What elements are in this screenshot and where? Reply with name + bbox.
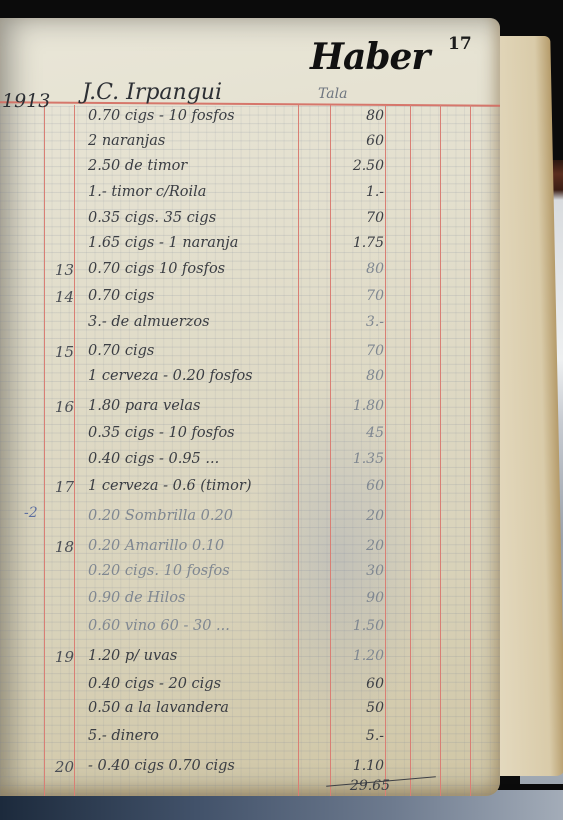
entry-amount: 3.- <box>340 314 384 330</box>
entry-amount: 1.10 <box>340 758 384 774</box>
ledger-row: 0.20 cigs. 10 fosfos30 <box>0 563 500 591</box>
entry-amount: 50 <box>340 700 384 716</box>
entry-day: 18 <box>44 538 74 556</box>
ledger-page: Haber 17 1913 J.C. Irpangui Tala -2 0.70… <box>0 18 500 796</box>
ledger-row: 0.20 Sombrilla 0.2020 <box>0 508 500 536</box>
entry-amount: 1.- <box>340 184 384 200</box>
entry-description: 0.50 a la lavandera <box>88 700 229 716</box>
entry-amount: 80 <box>340 368 384 384</box>
entry-amount: 70 <box>340 210 384 226</box>
entry-day: 14 <box>44 288 74 306</box>
ledger-heading: Haber <box>310 36 429 78</box>
entry-description: 0.90 de Hilos <box>88 590 185 606</box>
ledger-row: 180.20 Amarillo 0.1020 <box>0 538 500 566</box>
ledger-row: 0.50 a la lavandera50 <box>0 700 500 728</box>
entry-amount: 60 <box>340 478 384 494</box>
entry-amount: 90 <box>340 590 384 606</box>
entry-amount: 60 <box>340 133 384 149</box>
entry-description: 1.- timor c/Roila <box>88 184 206 200</box>
entry-description: 1.20 p/ uvas <box>88 648 177 664</box>
entry-amount: 1.80 <box>340 398 384 414</box>
entry-amount: 70 <box>340 288 384 304</box>
ledger-row: 2.50 de timor2.50 <box>0 158 500 186</box>
entry-description: 0.70 cigs - 10 fosfos <box>88 108 235 124</box>
entry-day: 20 <box>44 758 74 776</box>
entry-description: 0.20 Amarillo 0.10 <box>88 538 224 554</box>
ledger-row: 5.- dinero5.- <box>0 728 500 756</box>
entry-description: 1 cerveza - 0.6 (timor) <box>88 478 252 494</box>
entry-amount: 80 <box>340 108 384 124</box>
entry-description: 2.50 de timor <box>88 158 187 174</box>
ledger-row: 161.80 para velas1.80 <box>0 398 500 426</box>
entry-day: 19 <box>44 648 74 666</box>
entry-amount: 80 <box>340 261 384 277</box>
entry-amount: 60 <box>340 676 384 692</box>
ledger-row: 130.70 cigs 10 fosfos80 <box>0 261 500 289</box>
ledger-row: 191.20 p/ uvas1.20 <box>0 648 500 676</box>
ledger-row: 2 naranjas60 <box>0 133 500 161</box>
entry-description: 0.40 cigs - 20 cigs <box>88 676 221 692</box>
ledger-row: 0.35 cigs. 35 cigs70 <box>0 210 500 238</box>
ledger-row: 0.90 de Hilos90 <box>0 590 500 618</box>
entry-description: 0.35 cigs - 10 fosfos <box>88 425 235 441</box>
entry-amount: 2.50 <box>340 158 384 174</box>
ledger-row: 171 cerveza - 0.6 (timor)60 <box>0 478 500 506</box>
entry-amount: 1.20 <box>340 648 384 664</box>
account-name: J.C. Irpangui <box>82 80 222 105</box>
entry-amount: 5.- <box>340 728 384 744</box>
ledger-row: 20- 0.40 cigs 0.70 cigs1.10 <box>0 758 500 786</box>
entry-description: 3.- de almuerzos <box>88 314 210 330</box>
entry-description: 1.80 para velas <box>88 398 201 414</box>
ledger-row: 1.65 cigs - 1 naranja1.75 <box>0 235 500 263</box>
ledger-row: 150.70 cigs70 <box>0 343 500 371</box>
entry-description: 1.65 cigs - 1 naranja <box>88 235 238 251</box>
entry-day: 13 <box>44 261 74 279</box>
ledger-row: 0.40 cigs - 0.95 ...1.35 <box>0 451 500 479</box>
entry-description: 0.70 cigs <box>88 343 154 359</box>
entry-description: 0.60 vino 60 - 30 ... <box>88 618 230 634</box>
entry-description: 0.70 cigs 10 fosfos <box>88 261 225 277</box>
entry-description: 0.20 cigs. 10 fosfos <box>88 563 230 579</box>
entry-description: 0.40 cigs - 0.95 ... <box>88 451 219 467</box>
entry-description: 2 naranjas <box>88 133 165 149</box>
entry-amount: 1.50 <box>340 618 384 634</box>
entry-description: 1 cerveza - 0.20 fosfos <box>88 368 253 384</box>
entry-description: 5.- dinero <box>88 728 159 744</box>
entry-day: 16 <box>44 398 74 416</box>
ledger-row: 0.70 cigs - 10 fosfos80 <box>0 108 500 136</box>
ledger-row: 0.60 vino 60 - 30 ...1.50 <box>0 618 500 646</box>
entry-description: 0.20 Sombrilla 0.20 <box>88 508 233 524</box>
entry-amount: 20 <box>340 538 384 554</box>
account-note: Tala <box>318 86 347 102</box>
ledger-row: 1 cerveza - 0.20 fosfos80 <box>0 368 500 396</box>
entry-amount: 70 <box>340 343 384 359</box>
entry-amount: 1.35 <box>340 451 384 467</box>
entry-amount: 30 <box>340 563 384 579</box>
entry-description: 0.70 cigs <box>88 288 154 304</box>
entry-amount: 45 <box>340 425 384 441</box>
entry-day: 15 <box>44 343 74 361</box>
entry-amount: 20 <box>340 508 384 524</box>
entry-day: 17 <box>44 478 74 496</box>
entry-amount: 1.75 <box>340 235 384 251</box>
entry-description: 0.35 cigs. 35 cigs <box>88 210 216 226</box>
page-number: 17 <box>448 34 472 54</box>
entry-description: - 0.40 cigs 0.70 cigs <box>88 758 235 774</box>
ledger-row: 3.- de almuerzos3.- <box>0 314 500 342</box>
ledger-row: 140.70 cigs70 <box>0 288 500 316</box>
ledger-row: 1.- timor c/Roila1.- <box>0 184 500 212</box>
ledger-row: 0.35 cigs - 10 fosfos45 <box>0 425 500 453</box>
total-amount: 29.65 <box>340 778 390 794</box>
